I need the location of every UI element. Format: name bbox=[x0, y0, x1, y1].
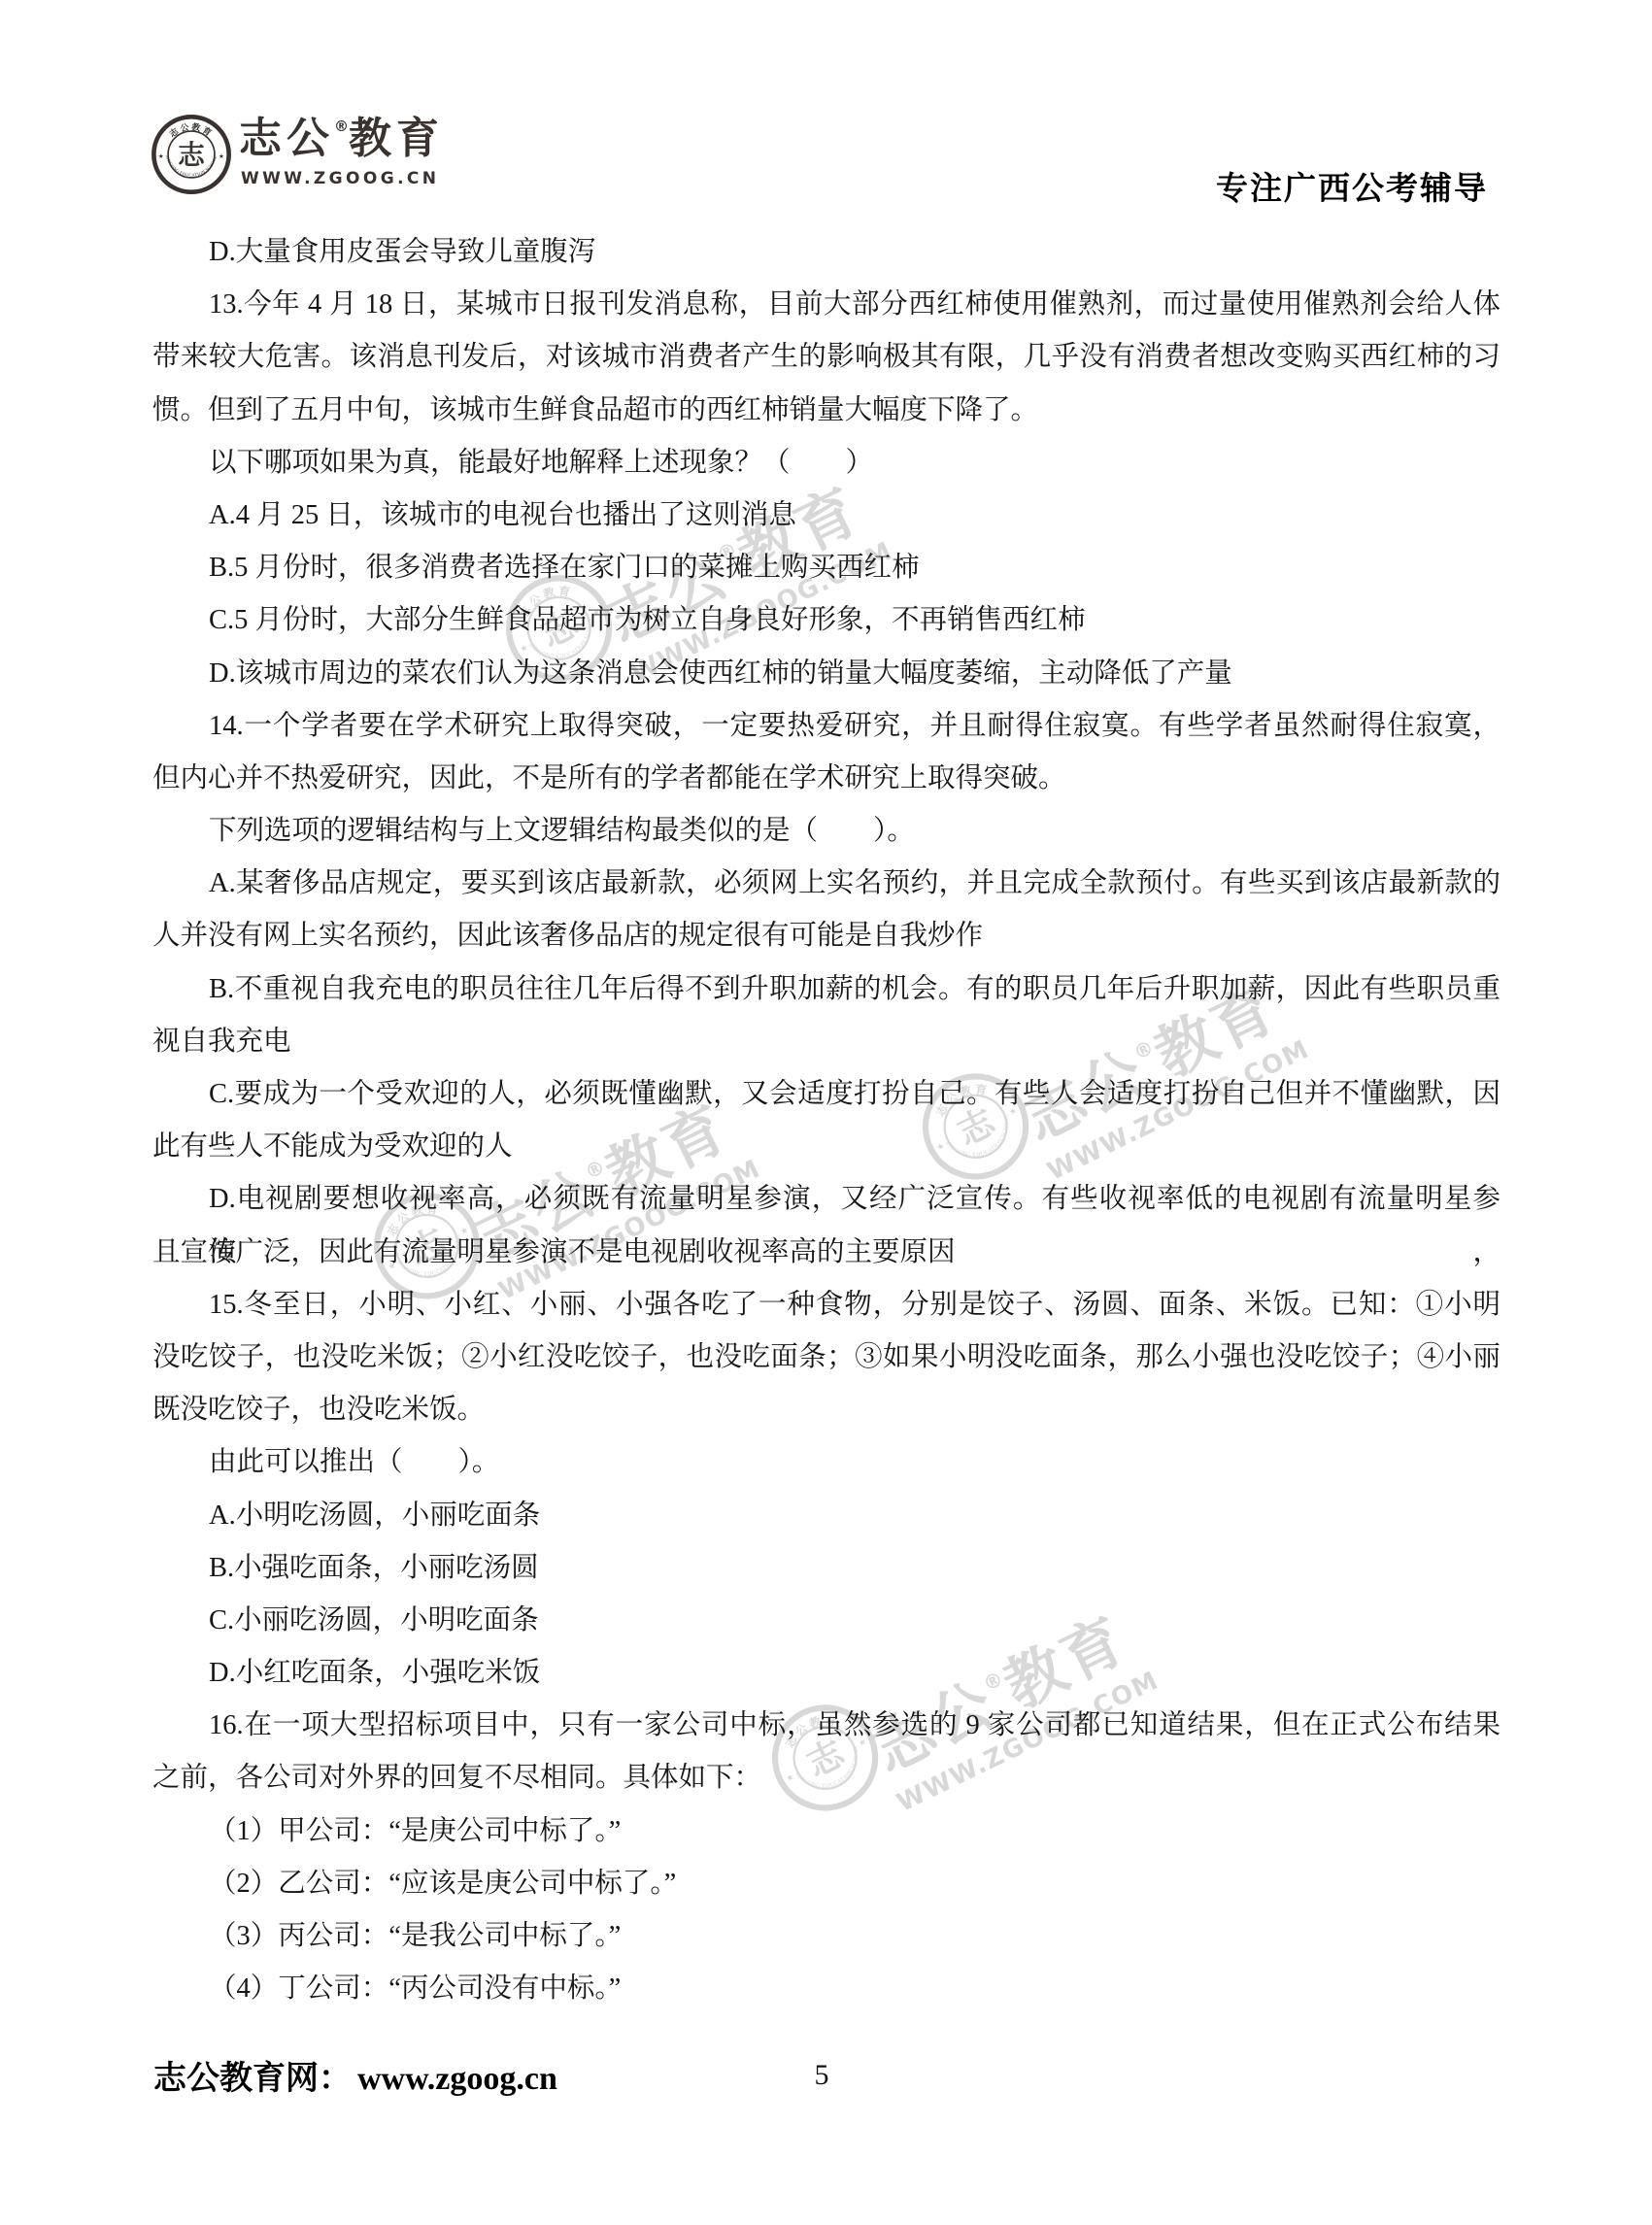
text-line: 以下哪项如果为真，能最好地解释上述现象？（ ） bbox=[152, 437, 1500, 489]
text-line: B.不重视自我充电的职员往往几年后得不到升职加薪的机会。有的职员几年后升职加薪，… bbox=[152, 963, 1500, 1016]
text-line: 之前，各公司对外界的回复不尽相同。具体如下： bbox=[152, 1752, 1500, 1804]
text-line: A.4 月 25 日，该城市的电视台也播出了这则消息 bbox=[152, 489, 1500, 542]
page-number: 5 bbox=[798, 2059, 845, 2092]
document-page: 志公教育ZHIGONG EDUCATION SCHOOL★★志 志公®教育 WW… bbox=[0, 0, 1652, 2225]
text-line: 惯。但到了五月中旬，该城市生鲜食品超市的西红柿销量大幅度下降了。 bbox=[152, 385, 1500, 437]
text-line: D.小红吃面条，小强吃米饭 bbox=[152, 1647, 1500, 1700]
text-line: A.某奢侈品店规定，要买到该店最新款，必须网上实名预约，并且完成全款预付。有些买… bbox=[152, 858, 1500, 910]
brand-name-left: 志公 bbox=[239, 114, 334, 163]
text-line: C.5 月份时，大部分生鲜食品超市为树立自身良好形象，不再销售西红柿 bbox=[152, 594, 1500, 647]
text-line: （1）甲公司：“是庚公司中标了。” bbox=[152, 1805, 1500, 1858]
header-tagline: 专注广西公考辅导 bbox=[1216, 163, 1488, 209]
text-line: 但内心并不热爱研究，因此，不是所有的学者都能在学术研究上取得突破。 bbox=[152, 753, 1500, 805]
text-line: D.该城市周边的菜农们认为这条消息会使西红柿的销量大幅度萎缩，主动降低了产量 bbox=[152, 648, 1500, 700]
text-line: （4）丁公司：“丙公司没有中标。” bbox=[152, 1963, 1500, 2015]
brand-name-right: 教育 bbox=[349, 114, 444, 163]
text-line: 没吃饺子，也没吃米饭；②小红没吃饺子，也没吃面条；③如果小明没吃面条，那么小强也… bbox=[152, 1332, 1500, 1384]
text-line: 此有些人不能成为受欢迎的人 bbox=[152, 1121, 1500, 1173]
text-line: D.大量食用皮蛋会导致儿童腹泻 bbox=[152, 226, 1500, 279]
text-line: C.要成为一个受欢迎的人，必须既懂幽默，又会适度打扮自己。有些人会适度打扮自己但… bbox=[152, 1068, 1500, 1121]
question-text-area: D.大量食用皮蛋会导致儿童腹泻13.今年 4 月 18 日，某城市日报刊发消息称… bbox=[152, 226, 1500, 2015]
text-line: 带来较大危害。该消息刊发后，对该城市消费者产生的影响极其有限，几乎没有消费者想改… bbox=[152, 331, 1500, 384]
text-line: 16.在一项大型招标项目中，只有一家公司中标，虽然参选的 9 家公司都已知道结果… bbox=[152, 1700, 1500, 1752]
text-line: 下列选项的逻辑结构与上文逻辑结构最类似的是（ ）。 bbox=[152, 805, 1500, 858]
text-line: 既没吃饺子，也没吃米饭。 bbox=[152, 1384, 1500, 1436]
text-line: （3）丙公司：“是我公司中标了。” bbox=[152, 1910, 1500, 1963]
svg-text:志: 志 bbox=[178, 140, 206, 170]
svg-text:★: ★ bbox=[219, 152, 224, 160]
footer-site: 志公教育网：www.zgoog.cn bbox=[153, 2051, 557, 2099]
text-line: D.电视剧要想收视率高，必须既有流量明星参演，又经广泛宣传。有些收视率低的电视剧… bbox=[152, 1173, 1500, 1226]
text-line: B.小强吃面条，小丽吃汤圆 bbox=[152, 1542, 1500, 1595]
footer-site-label: 志公教育网： bbox=[153, 2061, 352, 2097]
text-line: B.5 月份时，很多消费者选择在家门口的菜摊上购买西红柿 bbox=[152, 542, 1500, 594]
text-line: C.小丽吃汤圆，小明吃面条 bbox=[152, 1595, 1500, 1647]
text-line: 15.冬至日，小明、小红、小丽、小强各吃了一种食物，分别是饺子、汤圆、面条、米饭… bbox=[152, 1279, 1500, 1332]
text-line: 人并没有网上实名预约，因此该奢侈品店的规定很有可能是自我炒作 bbox=[152, 910, 1500, 962]
text-line: 由此可以推出（ ）。 bbox=[152, 1436, 1500, 1489]
brand-website: WWW.ZGOOG.CN bbox=[241, 169, 439, 188]
logo-seal-icon: 志公教育ZHIGONG EDUCATION SCHOOL★★志 bbox=[151, 114, 232, 195]
text-line: 13.今年 4 月 18 日，某城市日报刊发消息称，目前大部分西红柿使用催熟剂，… bbox=[152, 279, 1500, 331]
brand-name: 志公®教育 bbox=[239, 115, 444, 164]
footer-site-url: www.zgoog.cn bbox=[357, 2061, 557, 2097]
svg-text:★: ★ bbox=[158, 152, 164, 160]
text-line: （2）乙公司：“应该是庚公司中标了。” bbox=[152, 1858, 1500, 1910]
text-line: 14.一个学者要在学术研究上取得突破，一定要热爱研究，并且耐得住寂寞。有些学者虽… bbox=[152, 700, 1500, 753]
registered-mark-icon: ® bbox=[334, 118, 349, 135]
text-line: 视自我充电 bbox=[152, 1016, 1500, 1068]
text-line: A.小明吃汤圆，小丽吃面条 bbox=[152, 1490, 1500, 1542]
